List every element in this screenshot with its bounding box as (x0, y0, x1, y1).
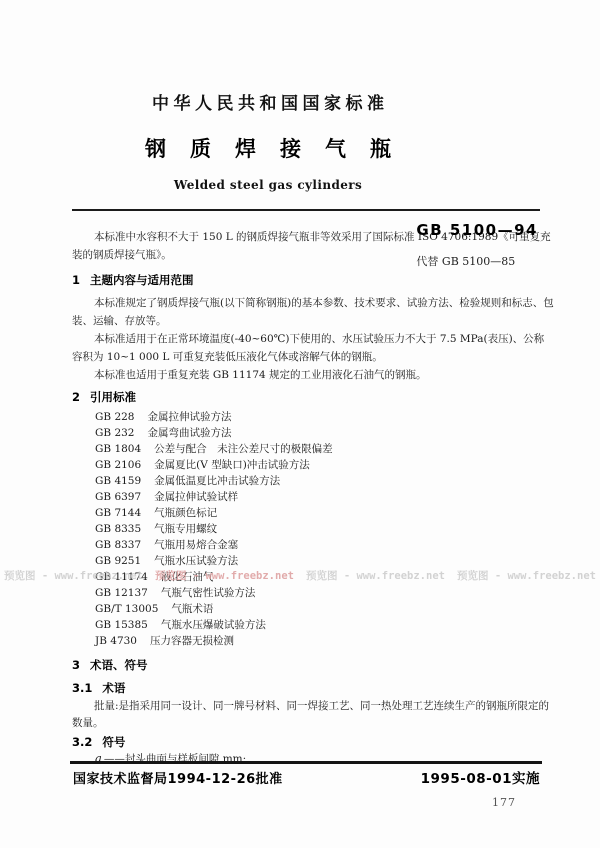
reference-title: 压力容器无损检测 (150, 635, 234, 647)
reference-title: 金属拉伸试验方法 (147, 411, 231, 423)
reference-item: GB 11174液化石油气 (95, 569, 540, 585)
reference-title: 气瓶水压试验方法 (154, 555, 238, 567)
section-1-body: 本标准规定了钢质焊接气瓶(以下简称钢瓶)的基本参数、技术要求、试验方法、检验规则… (72, 294, 540, 384)
reference-code: GB 6397 (95, 491, 141, 503)
document-title-chinese: 钢质焊接气瓶 (72, 136, 464, 162)
header-title-block: 中华人民共和国国家标准 钢质焊接气瓶 Welded steel gas cyli… (72, 94, 464, 192)
reference-title: 气瓶颜色标记 (154, 507, 217, 519)
reference-title: 金属夏比(V 型缺口)冲击试验方法 (154, 459, 310, 471)
referenced-standards-list: GB 228金属拉伸试验方法 GB 232金属弯曲试验方法 GB 1804公差与… (72, 409, 540, 649)
reference-code: GB 12137 (95, 587, 148, 599)
standard-code-block: GB 5100—94 代替 GB 5100—85 (416, 221, 538, 268)
superseded-standard: 代替 GB 5100—85 (416, 255, 538, 268)
reference-code: GB 4159 (95, 475, 141, 487)
page-number: 177 (492, 796, 516, 809)
reference-title: 金属拉伸试验试样 (154, 491, 238, 503)
reference-item: GB 7144气瓶颜色标记 (95, 505, 540, 521)
reference-code: GB/T 13005 (95, 603, 158, 615)
reference-code: GB 2106 (95, 459, 141, 471)
reference-code: GB 7144 (95, 507, 141, 519)
reference-code: JB 4730 (95, 635, 137, 647)
section-title: 符号 (102, 735, 125, 749)
header-divider (72, 209, 540, 211)
reference-title: 公差与配合 未注公差尺寸的极限偏差 (154, 443, 333, 455)
section-title: 术语、符号 (90, 658, 148, 672)
text-line: 容积为 10~1 000 L 可重复充装低压液化气体或溶解气体的钢瓶。 (72, 348, 540, 366)
reference-item: GB 2106金属夏比(V 型缺口)冲击试验方法 (95, 457, 540, 473)
text-line: 本标准规定了钢质焊接气瓶(以下简称钢瓶)的基本参数、技术要求、试验方法、检验规则… (72, 294, 540, 312)
reference-title: 金属弯曲试验方法 (147, 427, 231, 439)
page-content: 中华人民共和国国家标准 钢质焊接气瓶 Welded steel gas cyli… (72, 0, 540, 766)
reference-title: 液化石油气 (161, 571, 214, 583)
section-number: 3 (72, 658, 80, 672)
text-line: 本标准适用于在正常环境温度(-40~60℃)下使用的、水压试验压力不大于 7.5… (72, 330, 540, 348)
section-1-heading: 1主题内容与适用范围 (72, 273, 540, 287)
reference-code: GB 8337 (95, 539, 141, 551)
reference-title: 气瓶用易熔合金塞 (154, 539, 238, 551)
section-title: 引用标准 (90, 390, 136, 404)
reference-title: 气瓶术语 (171, 603, 213, 615)
document-header: 中华人民共和国国家标准 钢质焊接气瓶 Welded steel gas cyli… (72, 94, 540, 192)
reference-item: GB/T 13005气瓶术语 (95, 601, 540, 617)
reference-title: 金属低温夏比冲击试验方法 (154, 475, 280, 487)
reference-item: GB 1804公差与配合 未注公差尺寸的极限偏差 (95, 441, 540, 457)
reference-item: GB 8335气瓶专用螺纹 (95, 521, 540, 537)
text-line: 本标准也适用于重复充装 GB 11174 规定的工业用液化石油气的钢瓶。 (72, 366, 540, 384)
reference-code: GB 8335 (95, 523, 141, 535)
standard-number: GB 5100—94 (416, 221, 538, 239)
approval-line: 国家技术监督局1994-12-26批准 (73, 768, 283, 787)
section-title: 主题内容与适用范围 (90, 273, 194, 287)
reference-item: GB 228金属拉伸试验方法 (95, 409, 540, 425)
reference-title: 气瓶水压爆破试验方法 (161, 619, 266, 631)
section-3-1-body: 批量:是指采用同一设计、同一牌号材料、同一焊接工艺、同一热处理工艺连续生产的钢瓶… (72, 698, 540, 732)
section-title: 术语 (102, 681, 125, 695)
reference-code: GB 9251 (95, 555, 141, 567)
footer-divider (70, 761, 542, 764)
text-line: 数量。 (72, 715, 540, 732)
reference-item: GB 9251气瓶水压试验方法 (95, 553, 540, 569)
reference-code: GB 11174 (95, 571, 148, 583)
implementation-date: 1995-08-01实施 (421, 767, 540, 787)
text-line: 装、运输、存放等。 (72, 312, 540, 330)
section-number: 2 (72, 390, 80, 404)
section-3-2-heading: 3.2符号 (72, 735, 540, 749)
text-line: 批量:是指采用同一设计、同一牌号材料、同一焊接工艺、同一热处理工艺连续生产的钢瓶… (72, 698, 540, 715)
section-3-1-heading: 3.1术语 (72, 681, 540, 695)
section-number: 1 (72, 273, 80, 287)
reference-code: GB 15385 (95, 619, 148, 631)
document-title-english: Welded steel gas cylinders (72, 178, 464, 192)
reference-title: 气瓶专用螺纹 (154, 523, 217, 535)
reference-item: GB 15385气瓶水压爆破试验方法 (95, 617, 540, 633)
reference-title: 气瓶气密性试验方法 (161, 587, 256, 599)
reference-item: GB 232金属弯曲试验方法 (95, 425, 540, 441)
reference-item: JB 4730压力容器无损检测 (95, 633, 540, 649)
section-number: 3.1 (72, 681, 92, 695)
standard-org-line: 中华人民共和国国家标准 (72, 94, 464, 114)
reference-item: GB 4159金属低温夏比冲击试验方法 (95, 473, 540, 489)
reference-code: GB 1804 (95, 443, 141, 455)
reference-code: GB 232 (95, 427, 134, 439)
scanned-standard-page: 中华人民共和国国家标准 钢质焊接气瓶 Welded steel gas cyli… (0, 0, 600, 848)
reference-item: GB 6397金属拉伸试验试样 (95, 489, 540, 505)
reference-item: GB 12137气瓶气密性试验方法 (95, 585, 540, 601)
section-3-heading: 3术语、符号 (72, 658, 540, 672)
section-2-heading: 2引用标准 (72, 390, 540, 404)
reference-item: GB 8337气瓶用易熔合金塞 (95, 537, 540, 553)
section-number: 3.2 (72, 735, 92, 749)
reference-code: GB 228 (95, 411, 134, 423)
